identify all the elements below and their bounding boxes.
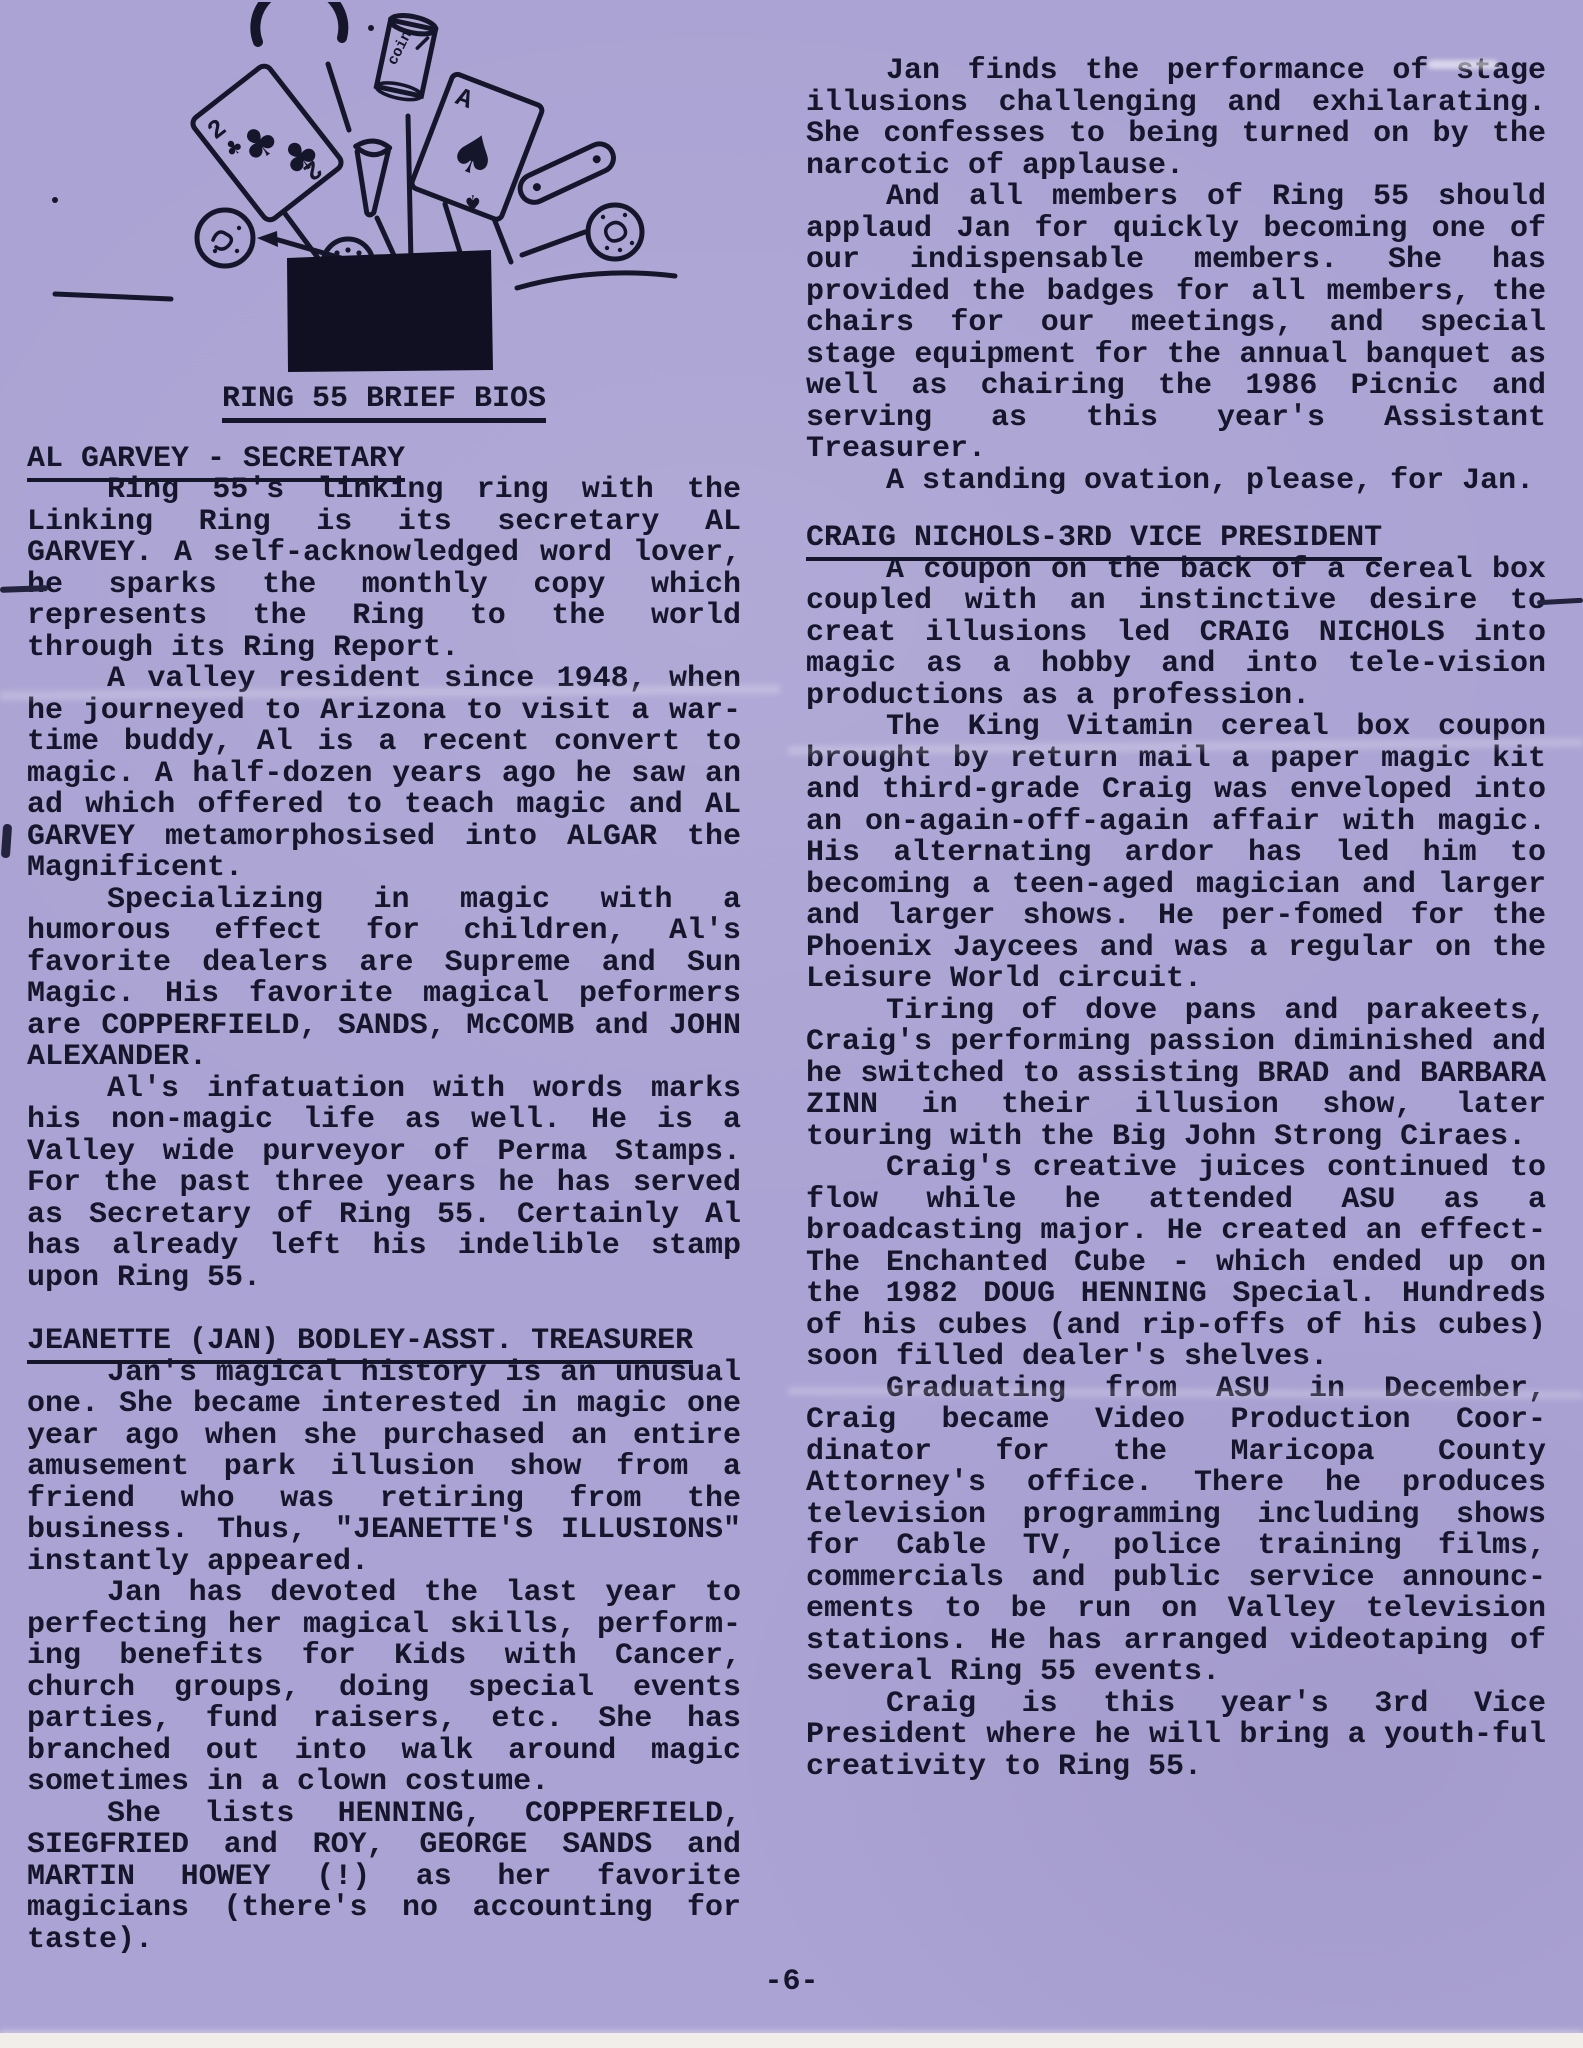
paragraph: And all members of Ring 55 should applau… <box>806 182 1546 466</box>
paragraph: She lists HENNING, COPPERFIELD, SIEGFRIE… <box>27 1799 741 1957</box>
coin-tube-shape: coin <box>375 12 437 103</box>
horseshoe-shape <box>255 2 343 42</box>
paragraph: A standing ovation, please, for Jan. <box>806 466 1546 498</box>
newsletter-page: coin 2 ♣ ♣ ♣ 2 A ♠ ♠ <box>0 0 1583 2048</box>
coin-left-shape <box>197 210 253 266</box>
scan-mark-right-dash <box>1537 598 1583 605</box>
paragraph: Jan finds the performance of stage illus… <box>806 56 1546 182</box>
section-al-garvey: AL GARVEY - SECRETARY Ring 55's linking … <box>27 444 741 1295</box>
paragraph: Specializing in magic with a humorous ef… <box>27 885 741 1074</box>
page-title-text: RING 55 BRIEF BIOS <box>222 382 546 423</box>
section-jeanette-bodley: JEANETTE (JAN) BODLEY-ASST. TREASURER Ja… <box>27 1326 741 1956</box>
card-ace-of-spades: A ♠ ♠ <box>408 73 544 228</box>
right-column: Jan finds the performance of stage illus… <box>806 56 1546 1783</box>
paragraph: The King Vitamin cereal box coupon broug… <box>806 712 1546 996</box>
card-suit-pip: ♠ <box>463 189 483 214</box>
paragraph: Al's infatuation with words marks his no… <box>27 1074 741 1295</box>
paragraph: Craig is this year's 3rd Vice President … <box>806 1689 1546 1784</box>
page-title: RING 55 BRIEF BIOS <box>27 384 741 416</box>
scan-mark-left-tick <box>1 824 12 859</box>
section-heading: AL GARVEY - SECRETARY <box>27 444 741 476</box>
paragraph: Craig's creative juices continued to flo… <box>806 1153 1546 1374</box>
magic-box-shape <box>287 250 493 372</box>
section-craig-nichols: CRAIG NICHOLS-3RD VICE PRESIDENT A coupo… <box>806 523 1546 1783</box>
page-number: -6- <box>0 1966 1583 1998</box>
card-two-of-clubs: 2 ♣ ♣ ♣ 2 <box>190 63 344 223</box>
pocket-knife-shape <box>516 139 618 207</box>
paragraph: Graduating from ASU in December, Craig b… <box>806 1374 1546 1689</box>
section-heading: CRAIG NICHOLS-3RD VICE PRESIDENT <box>806 523 1546 555</box>
ring-right-shape <box>588 205 642 259</box>
scan-speck <box>1428 60 1498 69</box>
paragraph: Tiring of dove pans and parakeets, Craig… <box>806 996 1546 1154</box>
paragraph: Ring 55's linking ring with the Linking … <box>27 475 741 664</box>
left-column: RING 55 BRIEF BIOS AL GARVEY - SECRETARY… <box>27 384 741 1956</box>
paragraph: Jan has devoted the last year to perfect… <box>27 1578 741 1799</box>
magic-box-illustration: coin 2 ♣ ♣ ♣ 2 A ♠ ♠ <box>25 2 750 380</box>
scan-edge-bottom <box>0 2033 1583 2048</box>
section-heading: JEANETTE (JAN) BODLEY-ASST. TREASURER <box>27 1326 741 1358</box>
cone-shape <box>349 139 391 216</box>
paragraph: Jan's magical history is an unusual one.… <box>27 1358 741 1579</box>
paragraph: A valley resident since 1948, when he jo… <box>27 664 741 885</box>
paragraph: A coupon on the back of a cereal box cou… <box>806 555 1546 713</box>
